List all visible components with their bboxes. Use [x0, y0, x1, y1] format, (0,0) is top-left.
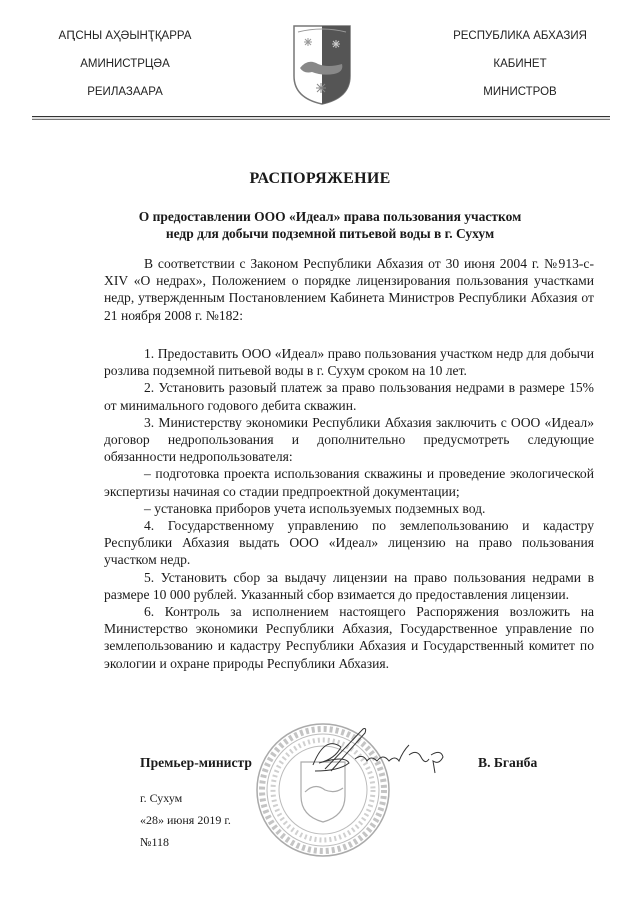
document-subtitle: О предоставлении ООО «Идеал» права польз…	[100, 208, 560, 242]
issue-city: г. Сухум	[140, 791, 182, 806]
order-item-6: 6. Контроль за исполнением настоящего Ра…	[104, 603, 594, 672]
subtitle-line-2: недр для добычи подземной питьевой воды …	[100, 225, 560, 242]
order-item-3: 3. Министерству экономики Республики Абх…	[104, 414, 594, 466]
header-divider	[32, 116, 610, 120]
header-russian: РЕСПУБЛИКА АБХАЗИЯ КАБИНЕТ МИНИСТРОВ	[420, 22, 620, 106]
header-russian-line-2: КАБИНЕТ	[420, 50, 620, 78]
preamble-paragraph: В соответствии с Законом Республики Абха…	[104, 255, 594, 324]
header-abkhaz-line-2: АМИНИСТРЦӘА	[25, 50, 225, 78]
order-item-5: 5. Установить сбор за выдачу лицензии на…	[104, 569, 594, 603]
header-russian-line-3: МИНИСТРОВ	[420, 78, 620, 106]
header-abkhaz-line-3: РЕИЛАЗААРА	[25, 78, 225, 106]
coat-of-arms-icon	[292, 24, 352, 106]
header-abkhaz: АԤСНЫ АҲӘЫНҬҚАРРА АМИНИСТРЦӘА РЕИЛАЗААРА	[25, 22, 225, 106]
order-item-1: 1. Предоставить ООО «Идеал» право пользо…	[104, 345, 594, 379]
order-subitem-3b: – установка приборов учета используемых …	[104, 500, 594, 517]
header-abkhaz-line-1: АԤСНЫ АҲӘЫНҬҚАРРА	[25, 22, 225, 50]
order-item-2: 2. Установить разовый платеж за право по…	[104, 379, 594, 413]
handwritten-signature-icon	[305, 725, 455, 780]
subtitle-line-1: О предоставлении ООО «Идеал» права польз…	[100, 208, 560, 225]
issue-date: «28» июня 2019 г.	[140, 813, 231, 828]
signatory-name: В. Бганба	[478, 755, 537, 771]
order-items: 1. Предоставить ООО «Идеал» право пользо…	[104, 345, 594, 672]
preamble: В соответствии с Законом Республики Абха…	[104, 255, 594, 324]
signatory-position: Премьер-министр	[140, 755, 252, 771]
order-subitem-3a: – подготовка проекта использования скваж…	[104, 465, 594, 499]
document-title: РАСПОРЯЖЕНИЕ	[0, 170, 640, 188]
document-number: №118	[140, 835, 169, 850]
header-russian-line-1: РЕСПУБЛИКА АБХАЗИЯ	[420, 22, 620, 50]
order-item-4: 4. Государственному управлению по землеп…	[104, 517, 594, 569]
